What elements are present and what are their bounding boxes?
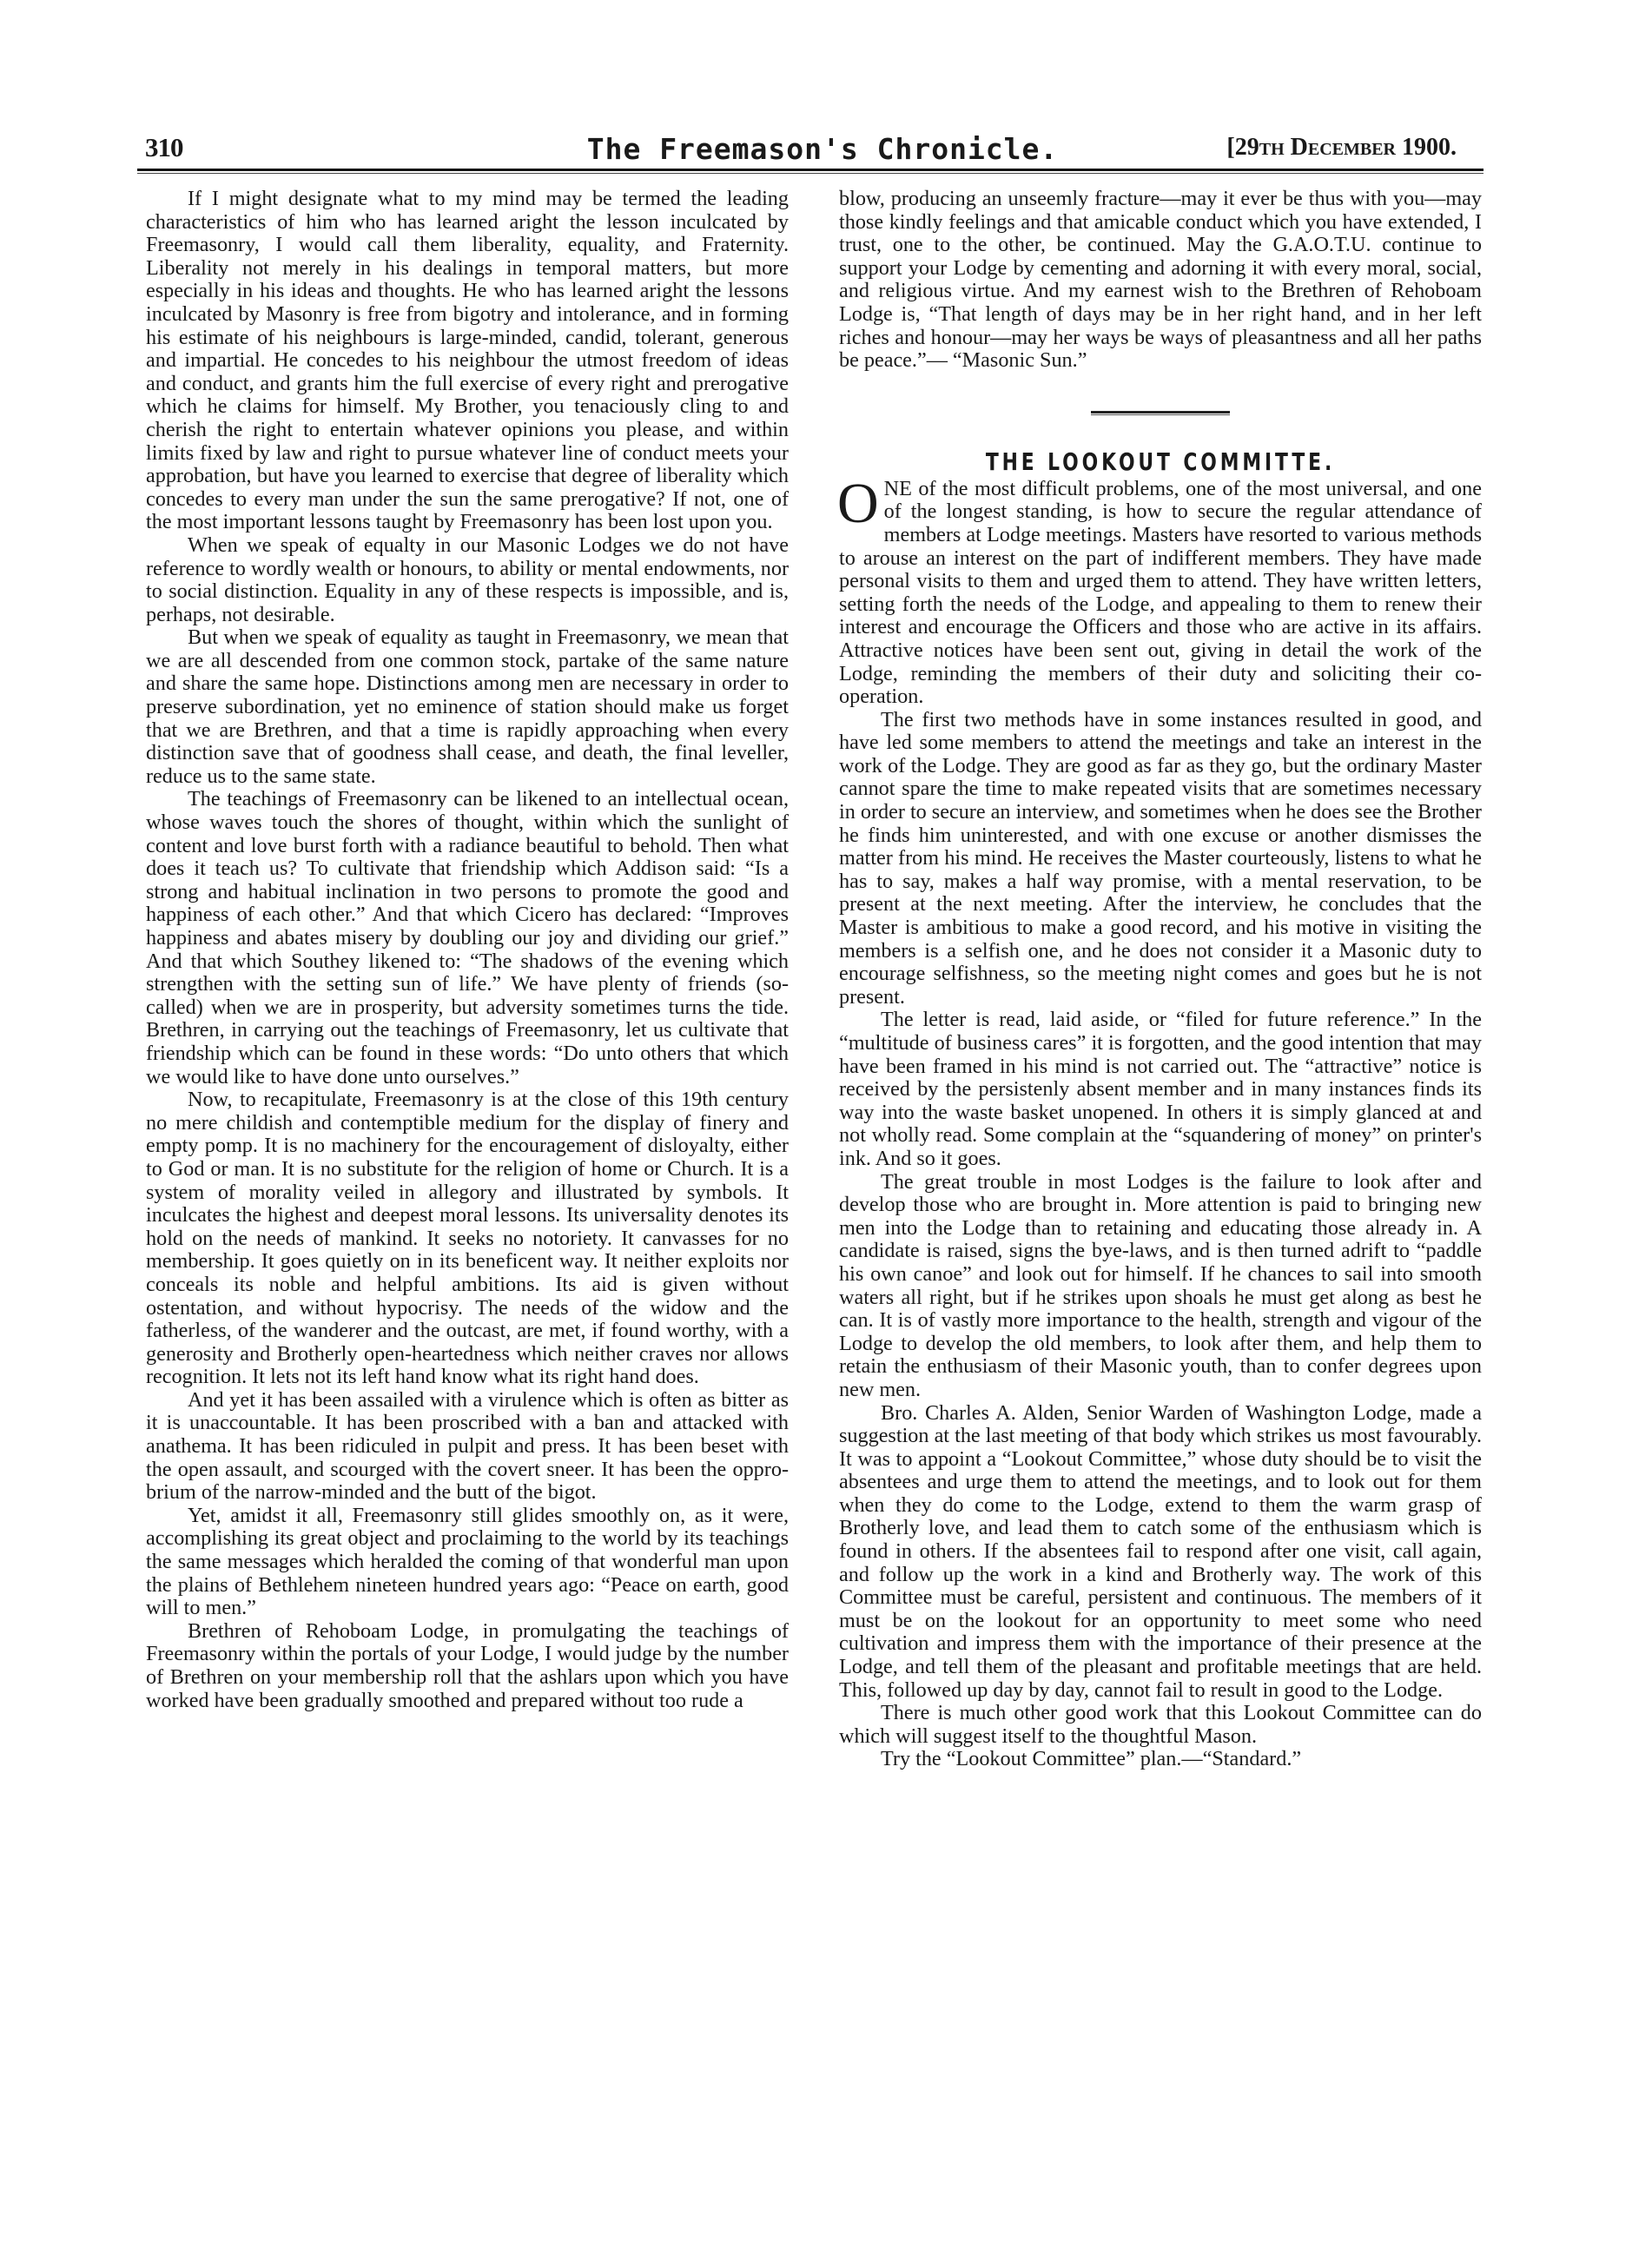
article-signoff: Try the “Lookout Committee” plan.—“Stand… xyxy=(839,1748,1482,1771)
article-paragraph: The first two methods have in some insta… xyxy=(839,709,1482,1009)
issue-date: [29th December 1900. xyxy=(1226,134,1457,162)
section-divider-rule xyxy=(1091,411,1230,415)
lead-paragraph-text: NE of the most difficult problems, one o… xyxy=(839,477,1482,708)
article-paragraph: When we speak of equalty in our Masonic … xyxy=(146,534,789,626)
article-lead-paragraph: ONE of the most difficult problems, one … xyxy=(839,478,1482,709)
issue-date-ordinal: th xyxy=(1259,134,1285,161)
header-rule xyxy=(137,169,1483,174)
article-paragraph: Yet, amidst it all, Freemasonry still gl… xyxy=(146,1505,789,1620)
article-paragraph: There is much other good work that this … xyxy=(839,1702,1482,1748)
right-column: blow, producing an unseemly fracture—may… xyxy=(839,188,1482,1771)
article-paragraph: The letter is read, laid aside, or “file… xyxy=(839,1009,1482,1170)
article-paragraph: But when we speak of equality as taught … xyxy=(146,626,789,788)
issue-date-day: [29 xyxy=(1226,134,1259,161)
article-paragraph: The great trouble in most Lodges is the … xyxy=(839,1171,1482,1402)
article-paragraph: The teachings of Freemasonry can be like… xyxy=(146,788,789,1088)
left-column: If I might designate what to my mind may… xyxy=(146,188,789,1712)
drop-cap: O xyxy=(837,481,879,526)
article-paragraph: Brethren of Rehoboam Lodge, in promulgat… xyxy=(146,1620,789,1712)
article-paragraph: And yet it has been assailed with a viru… xyxy=(146,1389,789,1505)
article-paragraph: Bro. Charles A. Alden, Senior Warden of … xyxy=(839,1402,1482,1703)
article-heading: THE LOOKOUT COMMITTE. xyxy=(909,448,1411,476)
article-paragraph: Now, to recapitulate, Freemasonry is at … xyxy=(146,1088,789,1389)
continued-paragraph: blow, producing an unseemly fracture—may… xyxy=(839,188,1482,373)
issue-date-month: December xyxy=(1291,134,1396,161)
issue-date-year: 1900. xyxy=(1402,134,1457,161)
article-paragraph: If I might designate what to my mind may… xyxy=(146,188,789,534)
